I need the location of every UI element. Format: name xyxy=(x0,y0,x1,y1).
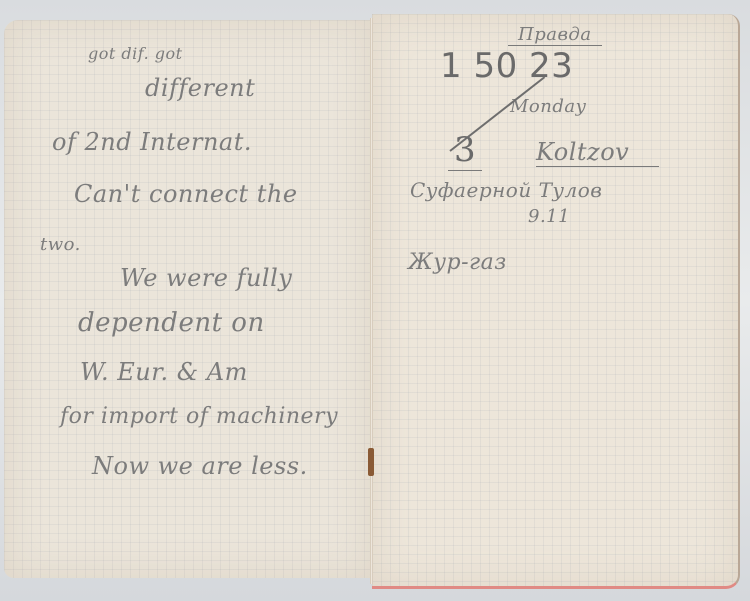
handwriting-line: different xyxy=(145,74,255,102)
handwriting-line: dependent on xyxy=(78,308,265,338)
handwriting-line: Now we are less. xyxy=(92,452,308,480)
date-digit: 3 xyxy=(448,130,482,171)
weekday: Monday xyxy=(510,96,586,117)
header-pravda: Правда xyxy=(508,24,602,46)
handwriting-line: Жур-газ xyxy=(408,250,507,275)
notebook-photo: got dif. got different of 2nd Internat. … xyxy=(0,0,750,601)
handwriting-line: Can't connect the xyxy=(74,180,298,208)
name-koltzov: Koltzov xyxy=(536,138,659,167)
binding-staple xyxy=(368,448,374,476)
handwriting-line: for import of machinery xyxy=(60,404,338,429)
handwritten-number: 1 50 23 xyxy=(440,46,573,86)
handwriting-line: two. xyxy=(40,234,81,255)
handwriting-line: got dif. got xyxy=(88,44,183,63)
handwriting-line: We were fully xyxy=(120,264,292,292)
left-page xyxy=(4,20,372,578)
handwriting-line: of 2nd Internat. xyxy=(52,128,252,156)
handwriting-line: W. Eur. & Am xyxy=(80,358,248,386)
handwriting-line: Суфаерной Тулов xyxy=(410,178,602,202)
handwriting-line: 9.11 xyxy=(528,206,570,227)
notebook-spine xyxy=(370,18,373,584)
